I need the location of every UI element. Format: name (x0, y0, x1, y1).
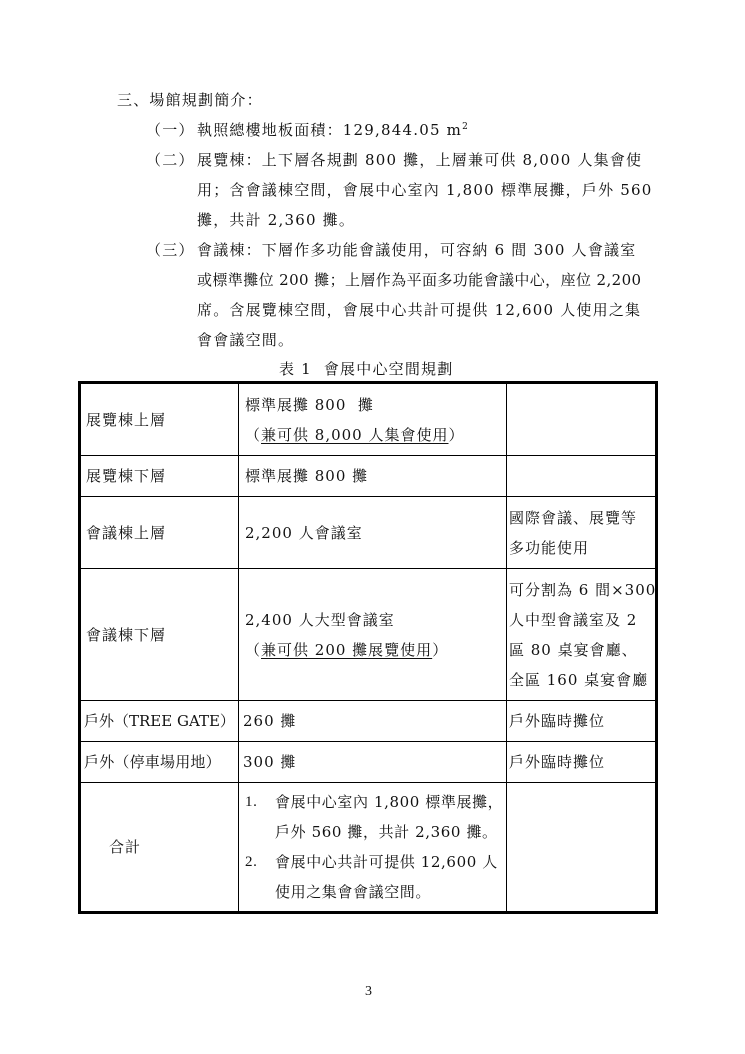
area-label: 會議棟上層 (86, 518, 238, 548)
document-page: 三、場館規劃簡介： （一） 執照總樓地板面積：129,844.05 m2 （二）… (0, 0, 745, 1054)
area-label: 戶外（停車場用地） (84, 747, 238, 777)
item-2-line-3: 攤，共計 2,360 攤。 (197, 210, 355, 230)
table-row-total: 合計 1.會展中心室內 1,800 標準展攤， 戶外 560 攤，共計 2,36… (81, 783, 655, 911)
item-1-text: 執照總樓地板面積：129,844.05 m2 (197, 120, 469, 140)
list-line: 使用之集會會議空間。 (245, 877, 431, 907)
area-label: 戶外（TREE GATE） (84, 706, 238, 736)
note-cell (507, 456, 655, 496)
table-row: 會議棟下層 2,400 人大型會議室 （兼可供 200 攤展覽使用） 可分割為 … (81, 569, 655, 701)
item-3-line-4: 會會議空間。 (197, 330, 294, 350)
space-planning-table: 展覽棟上層 標準展攤 800 攤 （兼可供 8,000 人集會使用） 展覽棟下層… (78, 381, 658, 914)
content-cell: 300 攤 (239, 742, 507, 782)
note-line: 區 80 桌宴會廳、 (509, 635, 655, 665)
list-item: 1.會展中心室內 1,800 標準展攤， (245, 787, 506, 817)
content-line: 300 攤 (243, 747, 506, 777)
content-cell: 260 攤 (239, 701, 507, 741)
table-row: 展覽棟上層 標準展攤 800 攤 （兼可供 8,000 人集會使用） (81, 384, 655, 456)
area-cell: 會議棟上層 (81, 497, 239, 568)
underlined-text: 兼可供 200 攤展覽使用 (261, 641, 432, 659)
item-2-marker: （二） (146, 150, 195, 170)
area-cell: 合計 (81, 783, 239, 911)
note-line: 戶外臨時攤位 (509, 706, 655, 736)
note-line: 可分割為 6 間×300 (509, 575, 655, 605)
note-line: 人中型會議室及 2 (509, 605, 655, 635)
list-item-continuation: 使用之集會會議空間。 (245, 877, 506, 907)
note-cell: 可分割為 6 間×300 人中型會議室及 2 區 80 桌宴會廳、 全區 160… (507, 569, 655, 700)
item-2-line-2: 用；含會議棟空間，會展中心室內 1,800 標準展攤，戶外 560 (197, 180, 652, 200)
content-note-line: （兼可供 200 攤展覽使用） (245, 635, 506, 665)
content-cell: 2,400 人大型會議室 （兼可供 200 攤展覽使用） (239, 569, 507, 700)
content-line: 標準展攤 800 攤 (245, 461, 506, 491)
list-number: 1. (245, 787, 275, 817)
list-line: 會展中心室內 1,800 標準展攤， (275, 787, 503, 817)
list-item: 2.會展中心共計可提供 12,600 人 (245, 847, 506, 877)
list-line: 會展中心共計可提供 12,600 人 (275, 847, 498, 877)
content-line: 260 攤 (243, 706, 506, 736)
content-cell: 標準展攤 800 攤 (239, 456, 507, 496)
content-line: 2,400 人大型會議室 (245, 605, 506, 635)
content-note-line: （兼可供 8,000 人集會使用） (245, 420, 506, 450)
note-line: 戶外臨時攤位 (509, 747, 655, 777)
item-3-marker: （三） (146, 240, 195, 260)
item-3-line-3: 席。含展覽棟空間，會展中心共計可提供 12,600 人使用之集 (197, 300, 641, 320)
note-cell (507, 384, 655, 455)
list-line: 戶外 560 攤，共計 2,360 攤。 (245, 817, 498, 847)
note-cell: 戶外臨時攤位 (507, 742, 655, 782)
note-line: 全區 160 桌宴會廳 (509, 665, 655, 695)
page-number: 3 (365, 982, 372, 1002)
item-1-marker: （一） (146, 120, 195, 140)
note-cell: 國際會議、展覽等 多功能使用 (507, 497, 655, 568)
content-cell: 1.會展中心室內 1,800 標準展攤， 戶外 560 攤，共計 2,360 攤… (239, 783, 507, 911)
area-label: 會議棟下層 (86, 620, 238, 650)
item-2-line-1: 展覽棟：上下層各規劃 800 攤，上層兼可供 8,000 人集會使 (197, 150, 642, 170)
note-line: 國際會議、展覽等 (509, 503, 655, 533)
area-cell: 戶外（TREE GATE） (81, 701, 239, 741)
content-cell: 2,200 人會議室 (239, 497, 507, 568)
content-line: 標準展攤 800 攤 (245, 390, 506, 420)
list-item-continuation: 戶外 560 攤，共計 2,360 攤。 (245, 817, 506, 847)
content-cell: 標準展攤 800 攤 （兼可供 8,000 人集會使用） (239, 384, 507, 455)
table-caption: 表 1 會展中心空間規劃 (279, 359, 453, 379)
note-cell (507, 783, 655, 911)
area-cell: 戶外（停車場用地） (81, 742, 239, 782)
note-line: 多功能使用 (509, 533, 655, 563)
table-row: 會議棟上層 2,200 人會議室 國際會議、展覽等 多功能使用 (81, 497, 655, 569)
area-label: 合計 (109, 832, 141, 862)
table-row: 戶外（停車場用地） 300 攤 戶外臨時攤位 (81, 742, 655, 783)
superscript: 2 (462, 122, 469, 132)
area-label: 展覽棟下層 (86, 461, 238, 491)
table-row: 戶外（TREE GATE） 260 攤 戶外臨時攤位 (81, 701, 655, 742)
area-cell: 會議棟下層 (81, 569, 239, 700)
area-label: 展覽棟上層 (86, 405, 238, 435)
section-heading: 三、場館規劃簡介： (117, 90, 263, 110)
list-number: 2. (245, 847, 275, 877)
item-1-line-1: 執照總樓地板面積：129,844.05 m (197, 121, 462, 139)
note-cell: 戶外臨時攤位 (507, 701, 655, 741)
table-row: 展覽棟下層 標準展攤 800 攤 (81, 456, 655, 497)
item-3-line-2: 或標準攤位 200 攤；上層作為平面多功能會議中心，座位 2,200 (197, 270, 641, 290)
area-cell: 展覽棟下層 (81, 456, 239, 496)
content-line: 2,200 人會議室 (245, 518, 506, 548)
area-cell: 展覽棟上層 (81, 384, 239, 455)
item-3-line-1: 會議棟：下層作多功能會議使用，可容納 6 間 300 人會議室 (197, 240, 636, 260)
underlined-text: 兼可供 8,000 人集會使用 (261, 426, 448, 444)
